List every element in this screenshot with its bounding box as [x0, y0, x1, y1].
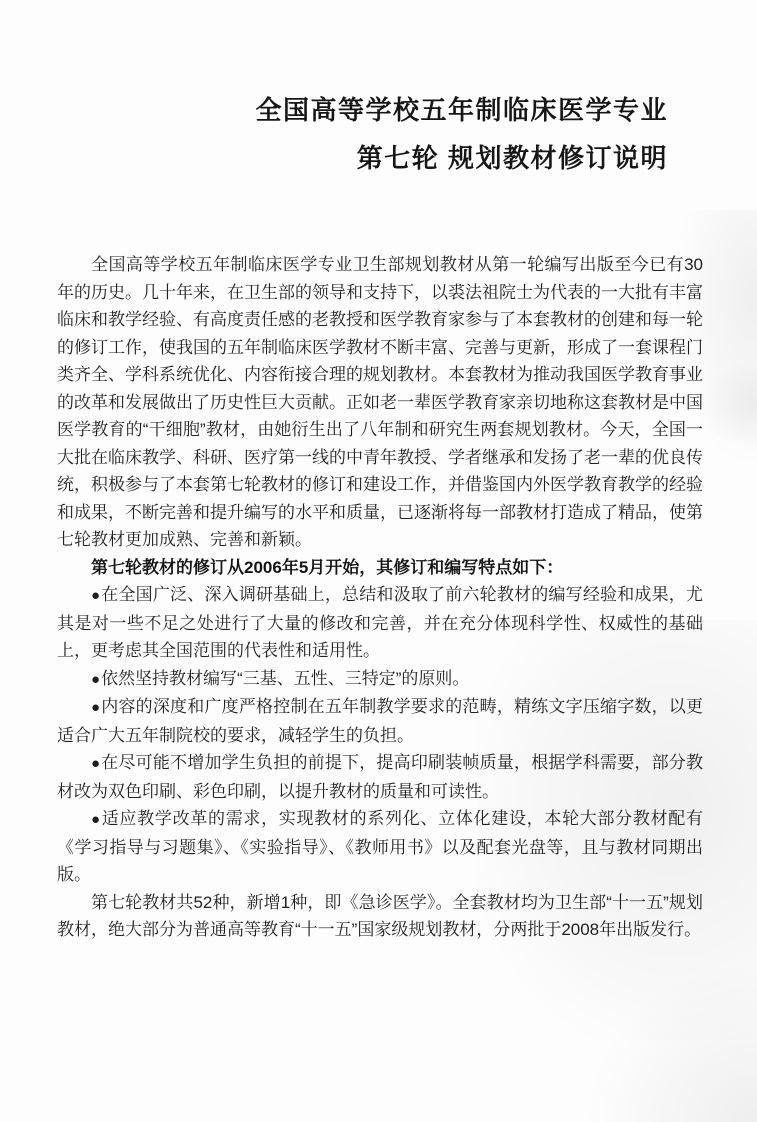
bullet-item-2: ●依然坚持教材编写“三基、五性、三特定”的原则。 — [57, 665, 703, 694]
bullet-item-3: ●内容的深度和广度严格控制在五年制教学要求的范畴，精练文字压缩字数，以更适合广大… — [57, 693, 703, 749]
bullet-icon: ● — [91, 587, 100, 604]
bullet-item-4: ●在尽可能不增加学生负担的前提下，提高印刷装帧质量，根据学科需要，部分教材改为双… — [57, 749, 703, 805]
bullet-icon: ● — [91, 671, 100, 688]
revision-subhead: 第七轮教材的修订从2006年5月开始，其修订和编写特点如下： — [57, 554, 703, 582]
scanned-document-page: 全国高等学校五年制临床医学专业 第七轮 规划教材修订说明 全国高等学校五年制临床… — [0, 0, 757, 1122]
document-body: 全国高等学校五年制临床医学专业卫生部规划教材从第一轮编写出版至今已有30年的历史… — [57, 251, 703, 944]
bullet-icon: ● — [91, 755, 100, 772]
bullet-item-4-text: 在尽可能不增加学生负担的前提下，提高印刷装帧质量，根据学科需要，部分教材改为双色… — [57, 753, 703, 801]
bullet-item-5-text: 适应教学改革的需求，实现教材的系列化、立体化建设，本轮大部分教材配有《学习指导与… — [57, 809, 703, 884]
scan-smudge-right-small — [697, 360, 757, 450]
closing-paragraph: 第七轮教材共52种，新增1种，即《急诊医学》。全套教材均为卫生部“十一五”规划教… — [57, 889, 703, 944]
page-title-line2: 第七轮 规划教材修订说明 — [255, 134, 668, 182]
scan-smudge-corner — [587, 962, 757, 1122]
bullet-icon: ● — [91, 699, 100, 716]
bullet-icon: ● — [91, 811, 101, 828]
bullet-item-2-text: 依然坚持教材编写“三基、五性、三特定”的原则。 — [101, 669, 469, 688]
intro-paragraph: 全国高等学校五年制临床医学专业卫生部规划教材从第一轮编写出版至今已有30年的历史… — [57, 251, 703, 554]
page-title: 全国高等学校五年制临床医学专业 第七轮 规划教材修订说明 — [255, 86, 668, 182]
page-title-line1: 全国高等学校五年制临床医学专业 — [255, 86, 668, 134]
bullet-item-1: ●在全国广泛、深入调研基础上，总结和汲取了前六轮教材的编写经验和成果，尤其是对一… — [57, 581, 703, 665]
bullet-item-5: ●适应教学改革的需求，实现教材的系列化、立体化建设，本轮大部分教材配有《学习指导… — [57, 805, 703, 889]
bullet-item-3-text: 内容的深度和广度严格控制在五年制教学要求的范畴，精练文字压缩字数，以更适合广大五… — [57, 697, 703, 745]
bullet-item-1-text: 在全国广泛、深入调研基础上，总结和汲取了前六轮教材的编写经验和成果，尤其是对一些… — [57, 585, 703, 660]
